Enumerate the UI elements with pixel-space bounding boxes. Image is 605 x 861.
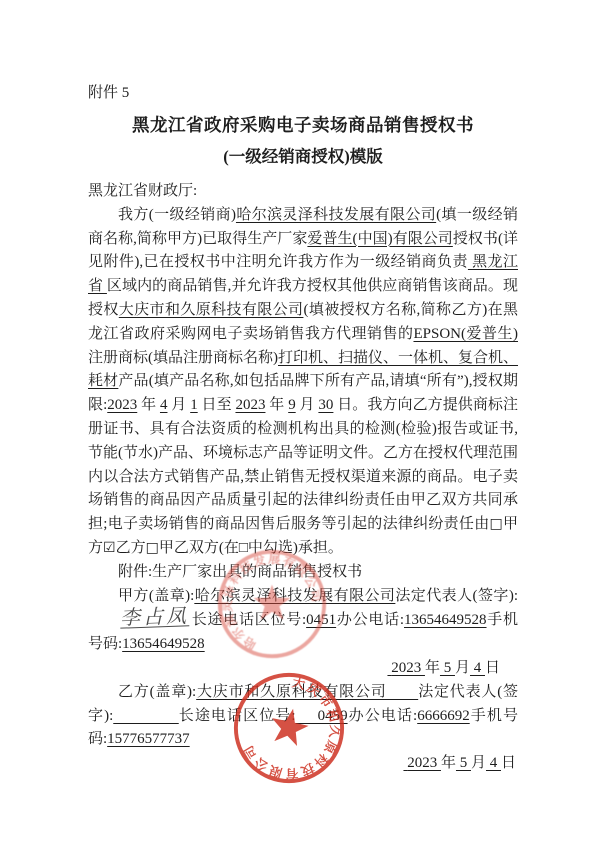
- text-segment: 月: [296, 397, 319, 413]
- text-segment: 长途电话区位号:: [191, 612, 306, 628]
- checkbox-both-parties-unchecked: □: [146, 540, 159, 556]
- party-a-block: 甲方(盖章):哈尔滨灵泽科技发展有限公司法定代表人(签字):李占凤长途电话区位号…: [88, 585, 518, 657]
- party-a-company-name: 哈尔滨灵泽科技发展有限公司: [194, 588, 395, 604]
- party-b-signature-blank: [113, 708, 178, 724]
- term-start-year: 2023: [107, 397, 137, 413]
- text-segment: 甲方(盖章):: [118, 588, 194, 604]
- party-a-office-phone: 13654649528: [404, 612, 487, 628]
- text-segment: 月: [455, 660, 470, 676]
- main-paragraph: 我方(一级经销商)哈尔滨灵泽科技发展有限公司(填一级经销商名称,简称甲方)已取得…: [88, 204, 518, 561]
- party-a-area-code: 0451: [306, 612, 336, 628]
- term-end-day: 30: [318, 397, 333, 413]
- checkbox-party-b-checked: ☑: [103, 540, 116, 556]
- text-segment: 年: [265, 397, 288, 413]
- text-segment: 月: [167, 397, 190, 413]
- text-segment: 办公电话:: [348, 708, 418, 724]
- manufacturer-name: 爱普生(中国)有限公司: [307, 231, 452, 247]
- document-title: 黑龙江省政府采购电子卖场商品销售授权书: [88, 114, 518, 136]
- text-segment: 甲乙双方(在□中勾选)承担。: [159, 540, 343, 556]
- text-segment: 乙方: [116, 540, 146, 556]
- text-segment: 长途电话区位号:: [179, 708, 296, 724]
- term-start-day: 1: [190, 397, 198, 413]
- trademark-name: EPSON(爱普生): [413, 326, 518, 342]
- salutation: 黑龙江省财政厅:: [88, 180, 518, 204]
- text-segment: 法定代表人(签字):: [395, 588, 518, 604]
- attachment-note: 附件:生产厂家出具的商品销售授权书: [88, 561, 518, 585]
- text-segment: 注册商标(填品注册商标名称): [88, 350, 278, 366]
- party-b-date-line: 2023 年 5 月 4 日: [88, 752, 518, 776]
- party-b-block: 乙方(盖章):大庆市和久原科技有限公司 法定代表人(签字): 长途电话区位号: …: [88, 681, 518, 752]
- text-segment: 日。我方向乙方提供商标注册证书、具有合法资质的检测机构出具的检测(检验)报告或证…: [88, 397, 518, 532]
- attachment-label: 附件 5: [88, 84, 518, 102]
- party-b-date-day: 4: [486, 755, 501, 771]
- term-end-month: 9: [288, 397, 296, 413]
- checkbox-party-a-unchecked: □: [489, 516, 503, 532]
- document-subtitle: (一级经销商授权)模版: [88, 146, 518, 167]
- party-b-office-phone: 6666692: [417, 708, 470, 724]
- text-segment: 日至: [198, 397, 236, 413]
- party-a-date-day: 4: [470, 660, 485, 676]
- text-segment: 月: [471, 755, 486, 771]
- party-b-date-month: 5: [456, 755, 471, 771]
- party-b-company-name: 大庆市和久原科技有限公司: [119, 302, 304, 318]
- party-a-date-line: 2023 年 5 月 4 日: [88, 657, 518, 681]
- party-a-date-month: 5: [440, 660, 455, 676]
- party-b-mobile-number: 15776577737: [107, 731, 190, 747]
- document-content: 附件 5 黑龙江省政府采购电子卖场商品销售授权书 (一级经销商授权)模版 黑龙江…: [88, 84, 518, 776]
- party-b-area-code: 0459: [296, 708, 348, 724]
- document-page: 附件 5 黑龙江省政府采购电子卖场商品销售授权书 (一级经销商授权)模版 黑龙江…: [0, 0, 605, 861]
- text-segment: 办公电话:: [336, 612, 404, 628]
- text-segment: 我方(一级经销商): [118, 207, 236, 223]
- text-segment: 日: [501, 755, 516, 771]
- party-a-mobile-number: 13654649528: [122, 636, 205, 652]
- term-end-year: 2023: [235, 397, 265, 413]
- text-segment: 日: [485, 660, 500, 676]
- party-a-signature: 李占凤: [88, 607, 192, 631]
- text-segment: 年: [137, 397, 160, 413]
- party-a-date-year: 2023: [387, 660, 425, 676]
- text-segment: 年: [425, 660, 440, 676]
- party-b-date-year: 2023: [403, 755, 441, 771]
- party-b-company-name: 大庆市和久原科技有限公司: [196, 684, 418, 700]
- text-segment: 乙方(盖章):: [118, 684, 196, 700]
- party-a-company-name: 哈尔滨灵泽科技发展有限公司: [236, 207, 436, 223]
- text-segment: 年: [441, 755, 456, 771]
